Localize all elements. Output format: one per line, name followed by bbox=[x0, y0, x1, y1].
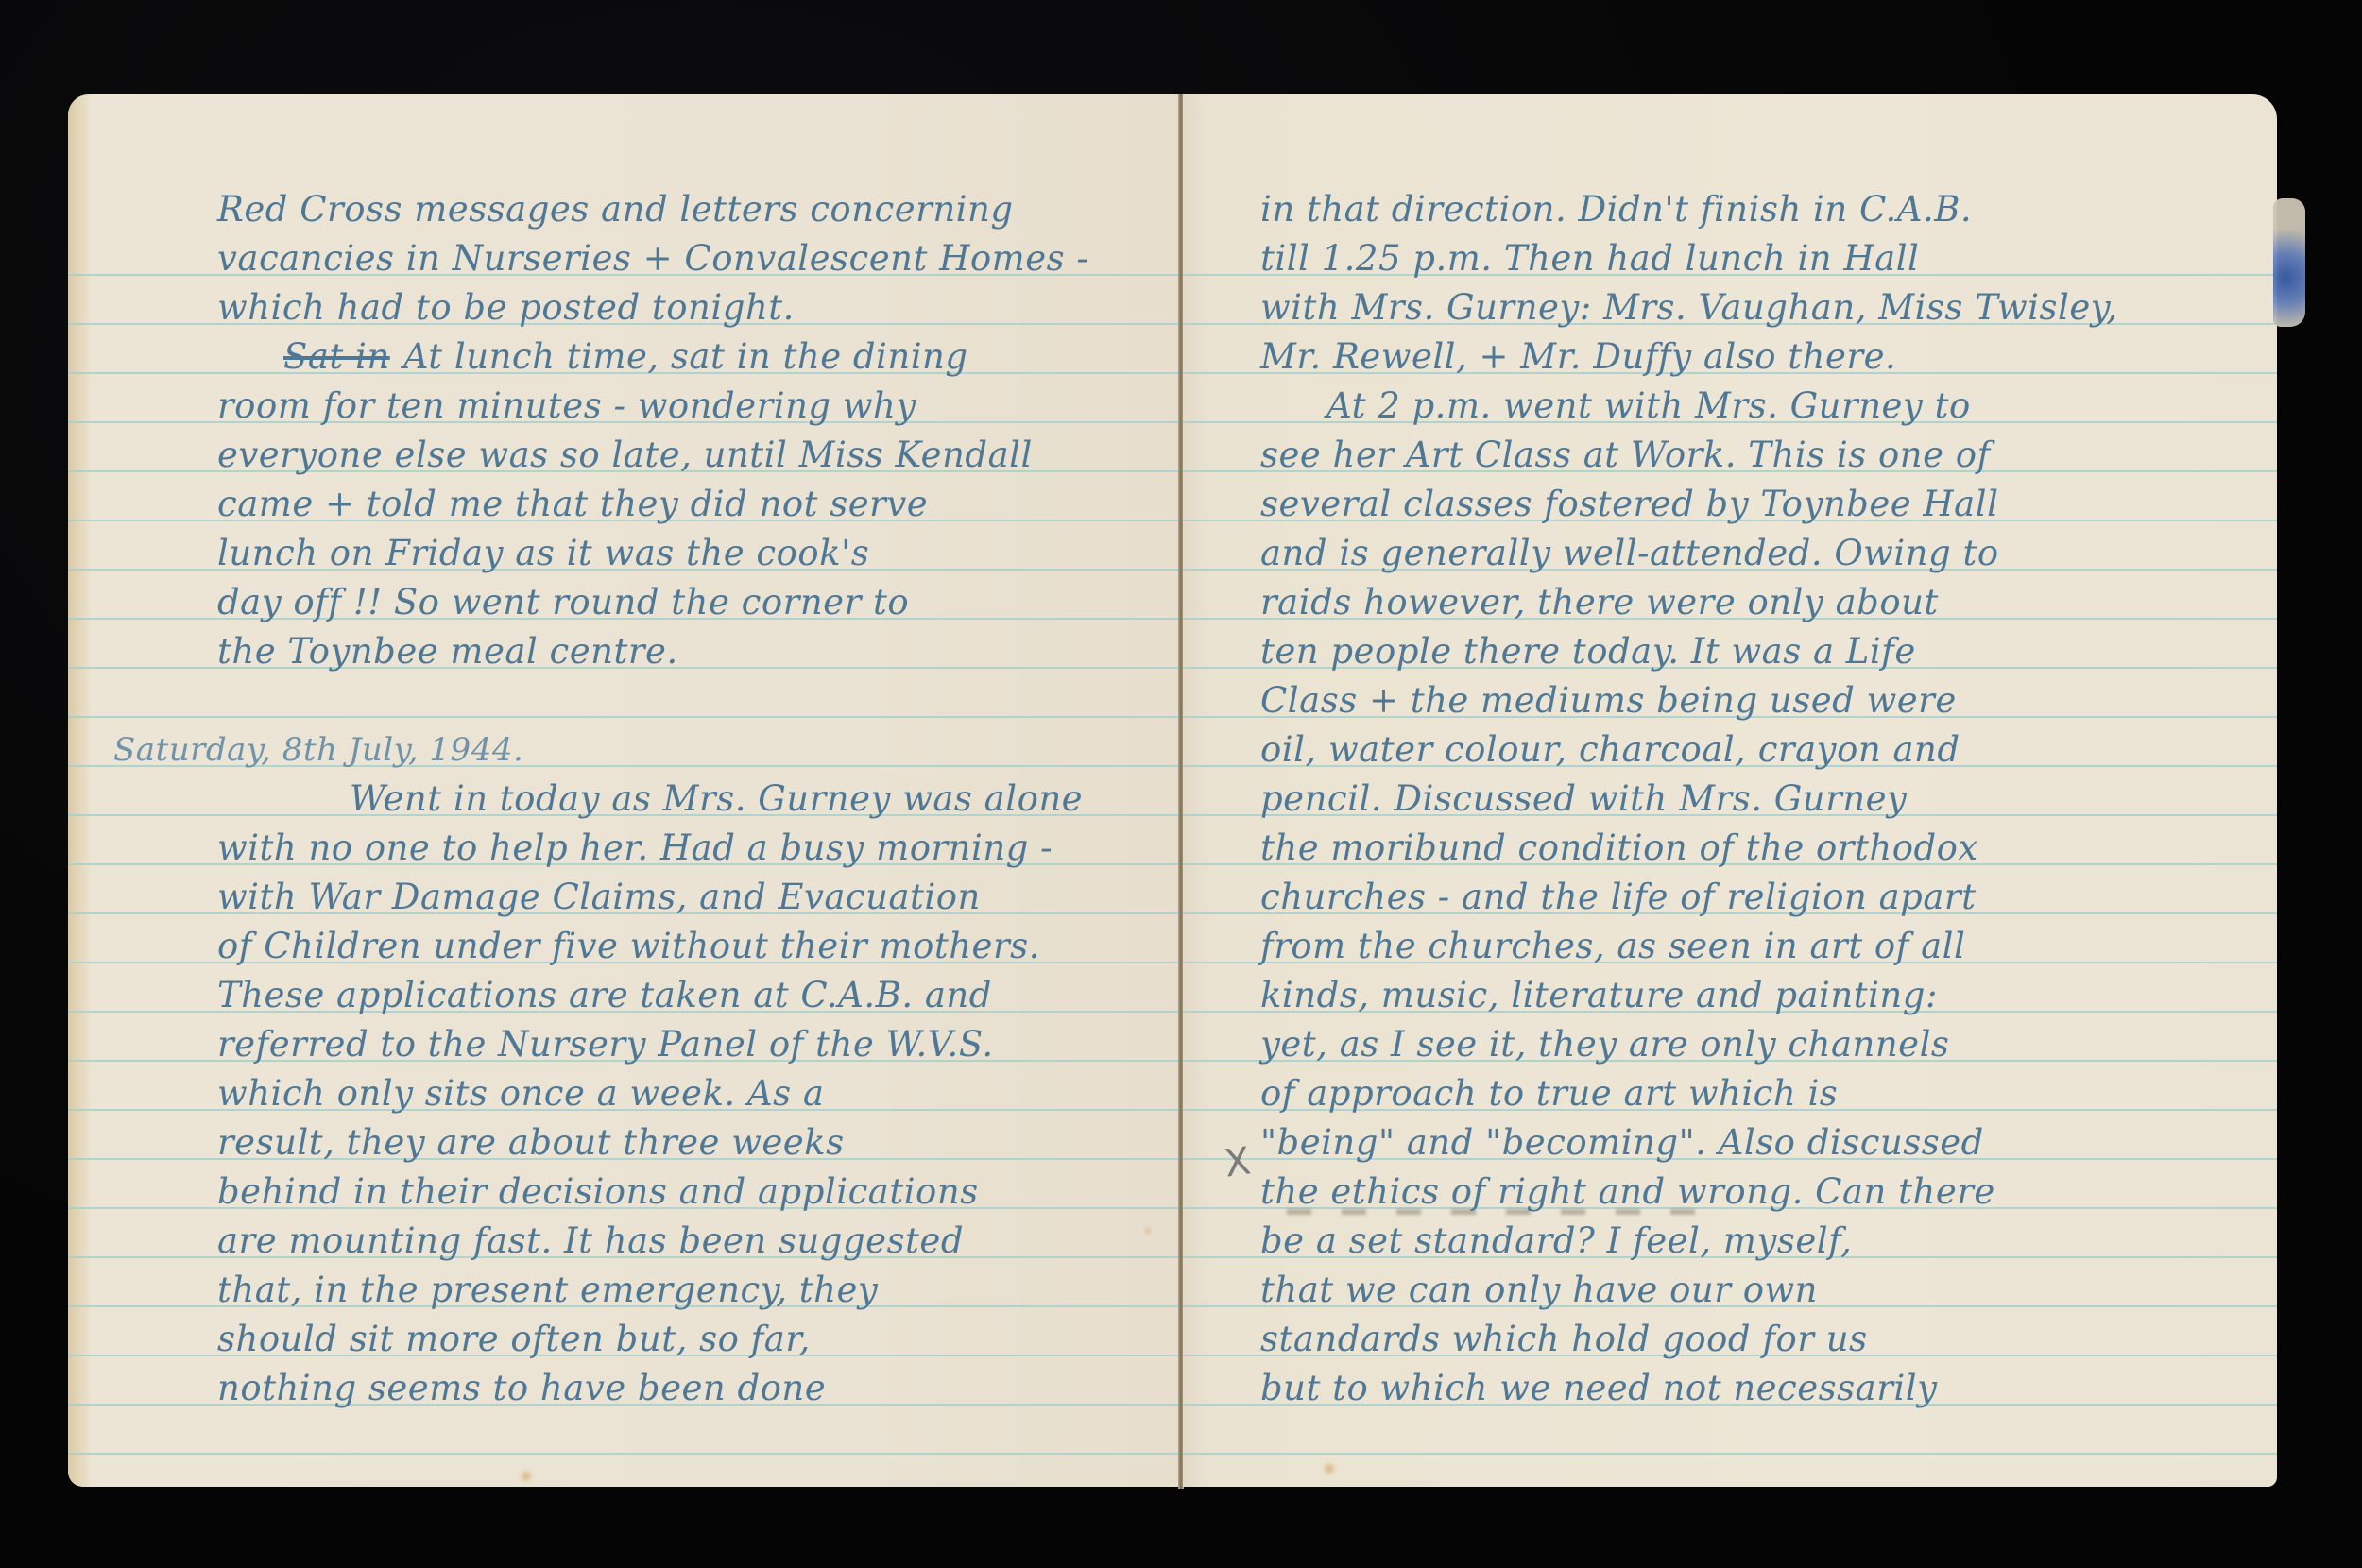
handwritten-line: with no one to help her. Had a busy morn… bbox=[217, 824, 1162, 873]
handwritten-line: Went in today as Mrs. Gurney was alone bbox=[217, 775, 1162, 824]
handwritten-line: standards which hold good for us bbox=[1260, 1315, 2262, 1364]
handwritten-line: which had to be posted tonight. bbox=[217, 283, 1162, 332]
handwritten-line: came + told me that they did not serve bbox=[217, 480, 1162, 529]
handwritten-line: yet, as I see it, they are only channels bbox=[1260, 1020, 2262, 1069]
handwritten-line: the moribund condition of the orthodox bbox=[1260, 824, 2262, 873]
open-notebook: Red Cross messages and letters concernin… bbox=[68, 94, 2279, 1489]
handwritten-line: oil, water colour, charcoal, crayon and bbox=[1260, 725, 2262, 775]
handwritten-line: pencil. Discussed with Mrs. Gurney bbox=[1260, 775, 2262, 824]
handwritten-line: till 1.25 p.m. Then had lunch in Hall bbox=[1260, 234, 2262, 283]
handwritten-line: Class + the mediums being used were bbox=[1260, 676, 2262, 725]
handwritten-line: that, in the present emergency, they bbox=[217, 1266, 1162, 1315]
handwritten-line: are mounting fast. It has been suggested bbox=[217, 1217, 1162, 1266]
handwritten-line: several classes fostered by Toynbee Hall bbox=[1260, 480, 2262, 529]
handwritten-line: of Children under five without their mot… bbox=[217, 922, 1162, 971]
handwritten-line: with War Damage Claims, and Evacuation bbox=[217, 873, 1162, 922]
handwritten-line: Red Cross messages and letters concernin… bbox=[217, 185, 1162, 234]
blank-line bbox=[217, 676, 1162, 725]
handwritten-line: behind in their decisions and applicatio… bbox=[217, 1167, 1162, 1217]
handwritten-line: should sit more often but, so far, bbox=[217, 1315, 1162, 1364]
handwritten-line: but to which we need not necessarily bbox=[1260, 1364, 2262, 1413]
handwritten-line: day off !! So went round the corner to bbox=[217, 578, 1162, 627]
handwritten-line: churches - and the life of religion apar… bbox=[1260, 873, 2262, 922]
foxing-stain bbox=[1325, 1464, 1334, 1474]
handwritten-line: Mr. Rewell, + Mr. Duffy also there. bbox=[1260, 332, 2262, 382]
handwritten-line: from the churches, as seen in art of all bbox=[1260, 922, 2262, 971]
handwritten-line: vacancies in Nurseries + Convalescent Ho… bbox=[217, 234, 1162, 283]
handwritten-line: of approach to true art which is bbox=[1260, 1069, 2262, 1118]
handwritten-line: These applications are taken at C.A.B. a… bbox=[217, 971, 1162, 1020]
handwritten-line: ten people there today. It was a Life bbox=[1260, 627, 2262, 676]
handwritten-line: room for ten minutes - wondering why bbox=[217, 382, 1162, 431]
handwritten-line: raids however, there were only about bbox=[1260, 578, 2262, 627]
handwritten-line: which only sits once a week. As a bbox=[217, 1069, 1162, 1118]
left-page-text: Red Cross messages and letters concernin… bbox=[217, 185, 1162, 1413]
handwritten-line: be a set standard? I feel, myself, bbox=[1260, 1217, 2262, 1266]
torn-paper-scrap bbox=[2273, 198, 2305, 327]
handwritten-line: result, they are about three weeks bbox=[217, 1118, 1162, 1167]
handwritten-line: At 2 p.m. went with Mrs. Gurney to bbox=[1260, 382, 2262, 431]
right-page: X in that direction. Didn't finish in C.… bbox=[1183, 94, 2277, 1487]
handwritten-line: that we can only have our own bbox=[1260, 1266, 2262, 1315]
handwritten-line: referred to the Nursery Panel of the W.V… bbox=[217, 1020, 1162, 1069]
struck-out-word: Sat in bbox=[283, 336, 390, 377]
handwritten-line: the ethics of right and wrong. Can there bbox=[1260, 1167, 2262, 1217]
handwritten-line: with Mrs. Gurney: Mrs. Vaughan, Miss Twi… bbox=[1260, 283, 2262, 332]
handwritten-line: nothing seems to have been done bbox=[217, 1364, 1162, 1413]
handwritten-line: the Toynbee meal centre. bbox=[217, 627, 1162, 676]
handwritten-line: Sat inAt lunch time, sat in the dining bbox=[217, 332, 1162, 382]
handwritten-line: lunch on Friday as it was the cook's bbox=[217, 529, 1162, 578]
handwritten-line: see her Art Class at Work. This is one o… bbox=[1260, 431, 2262, 480]
handwritten-line: everyone else was so late, until Miss Ke… bbox=[217, 431, 1162, 480]
handwritten-line: in that direction. Didn't finish in C.A.… bbox=[1260, 185, 2262, 234]
photograph-scene: Red Cross messages and letters concernin… bbox=[0, 0, 2362, 1568]
handwritten-line: kinds, music, literature and painting: bbox=[1260, 971, 2262, 1020]
left-page: Red Cross messages and letters concernin… bbox=[68, 94, 1179, 1487]
diary-date-heading: Saturday, 8th July, 1944. bbox=[113, 725, 1162, 775]
foxing-stain bbox=[522, 1472, 531, 1481]
right-page-text: in that direction. Didn't finish in C.A.… bbox=[1260, 185, 2262, 1413]
handwritten-line: and is generally well-attended. Owing to bbox=[1260, 529, 2262, 578]
handwritten-line: "being" and "becoming". Also discussed bbox=[1260, 1118, 2262, 1167]
